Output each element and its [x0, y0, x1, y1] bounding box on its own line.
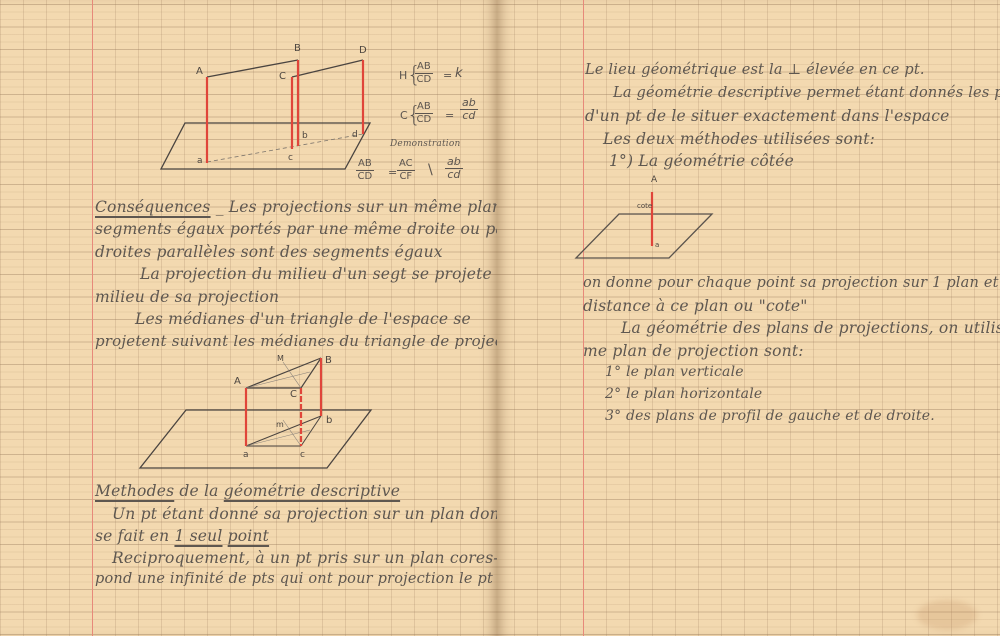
fraction-ab-cd: abcd: [445, 156, 463, 181]
equals-sign: =: [443, 69, 452, 82]
text-line: me plan de projection sont:: [583, 342, 804, 360]
figure-triangle-medians-projection: [0, 350, 497, 490]
point-label-d: d: [352, 130, 358, 140]
text-line: distance à ce plan ou "cote": [583, 297, 808, 315]
fraction-AB-CD: ABCD: [415, 61, 433, 86]
relation-mark: \: [428, 162, 433, 178]
fraction-AC-CF: ACCF: [397, 158, 415, 183]
point-label-b: b: [302, 131, 308, 141]
cote-label: cote: [637, 202, 652, 210]
right-notebook-page: Le lieu géométrique est la ⊥ élevée en c…: [497, 0, 1000, 636]
point-label-C: C: [279, 71, 286, 82]
text-line: on donne pour chaque point sa projection…: [583, 275, 1000, 291]
text-line: La géométrie descriptive permet étant do…: [613, 85, 1000, 101]
point-label-c: c: [288, 153, 293, 163]
point-label-A: A: [651, 175, 657, 185]
point-label-b: b: [326, 415, 332, 426]
point-label-A: A: [196, 66, 203, 77]
consequences-paragraph-line-1: Conséquences _ Les projections sur un mê…: [95, 198, 497, 216]
point-label-m: m: [276, 420, 284, 429]
text-line: droites parallèles sont des segments éga…: [95, 243, 443, 261]
left-notebook-page: A B C D a b c d H { ABCD = k C { ABCD = …: [0, 0, 497, 636]
text-line: 1°) La géométrie côtée: [609, 152, 794, 170]
text-line: projetent suivant les médianes du triang…: [95, 332, 497, 350]
emphasis-one-single: 1 seul: [174, 527, 222, 545]
equals-sign: =: [388, 166, 397, 179]
text-line: se fait en 1 seul point: [95, 527, 269, 545]
fraction-ab-cd: abcd: [460, 97, 478, 122]
text-line: segments égaux portés par une même droit…: [95, 220, 497, 238]
text-line: Les médianes d'un triangle de l'espace s…: [135, 310, 471, 328]
figure-two-segments-projection: [0, 0, 497, 200]
emphasis-point: point: [228, 527, 269, 545]
constant-k: k: [455, 66, 463, 81]
point-label-a: a: [197, 156, 203, 166]
point-label-C: C: [290, 389, 297, 400]
text-line: Les deux méthodes utilisées sont:: [603, 130, 875, 148]
fraction-AB-CD: ABCD: [415, 101, 433, 126]
point-label-a: a: [655, 241, 659, 249]
point-label-B: B: [294, 43, 301, 54]
point-label-c: c: [300, 450, 305, 460]
demonstration-label: Demonstration: [390, 139, 461, 149]
point-label-B: B: [325, 355, 332, 366]
text-line: La projection du milieu d'un segt se pro…: [140, 265, 497, 283]
list-item: 2° le plan horizontale: [605, 386, 762, 402]
point-label-D: D: [359, 45, 367, 56]
list-item: 3° des plans de profil de gauche et de d…: [605, 408, 935, 424]
text-line: Un pt étant donné sa projection sur un p…: [112, 505, 497, 523]
text-line: milieu de sa projection: [95, 288, 279, 306]
fraction-AB-CD: ABCD: [356, 158, 374, 183]
text-line: La géométrie des plans de projections, o…: [621, 319, 1000, 337]
point-label-a: a: [243, 450, 249, 460]
list-item: 1° le plan verticale: [605, 364, 744, 380]
text-line: Le lieu géométrique est la ⊥ élevée en c…: [585, 62, 925, 78]
text-line: d'un pt de le situer exactement dans l'e…: [585, 107, 950, 125]
text-line: pond une infinité de pts qui ont pour pr…: [95, 571, 497, 587]
point-label-A: A: [234, 376, 241, 387]
consequences-heading: Conséquences: [95, 198, 211, 216]
equals-sign: =: [445, 109, 454, 122]
point-label-M: M: [277, 354, 284, 363]
text-line: Reciproquement, à un pt pris sur un plan…: [112, 549, 497, 567]
right-red-margin-line: [583, 0, 584, 636]
methods-heading: Methodes de la géométrie descriptive: [95, 482, 400, 500]
paper-stain: [917, 600, 977, 630]
